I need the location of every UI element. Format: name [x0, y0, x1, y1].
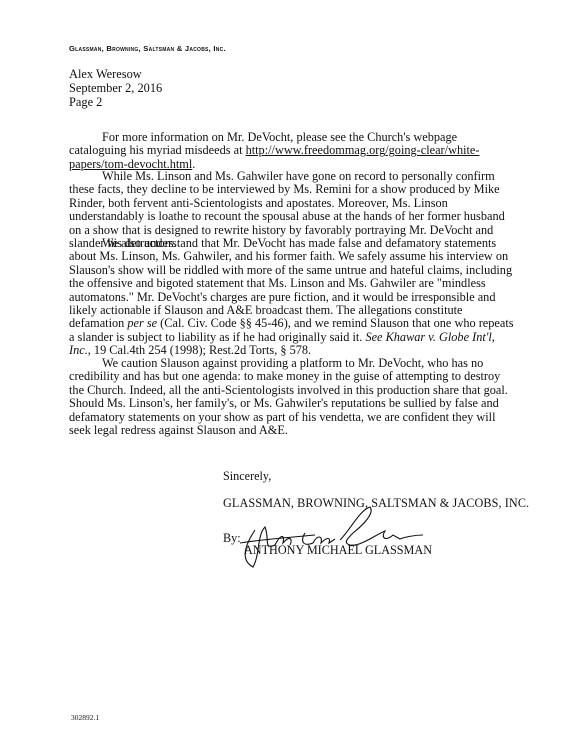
- letter-date: September 2, 2016: [69, 81, 162, 95]
- letterhead-firm-name: Glassman, Browning, Saltsman & Jacobs, I…: [69, 44, 226, 53]
- recipient-block: Alex Weresow September 2, 2016 Page 2: [69, 67, 162, 109]
- recipient-name: Alex Weresow: [69, 67, 162, 81]
- by-label: By:: [223, 531, 241, 546]
- paragraph-3-italic-per-se: per se: [127, 316, 157, 330]
- paragraph-1: For more information on Mr. DeVocht, ple…: [69, 131, 515, 171]
- signature-icon: [235, 505, 425, 575]
- document-id: 302892.1: [71, 713, 99, 722]
- paragraph-4: We caution Slauson against providing a p…: [69, 357, 515, 437]
- signer-name: ANTHONY MICHAEL GLASSMAN: [244, 543, 432, 558]
- page-number: Page 2: [69, 95, 162, 109]
- paragraph-4-text: We caution Slauson against providing a p…: [69, 357, 515, 437]
- closing: Sincerely,: [223, 469, 271, 484]
- paragraph-3: We also understand that Mr. DeVocht has …: [69, 237, 515, 358]
